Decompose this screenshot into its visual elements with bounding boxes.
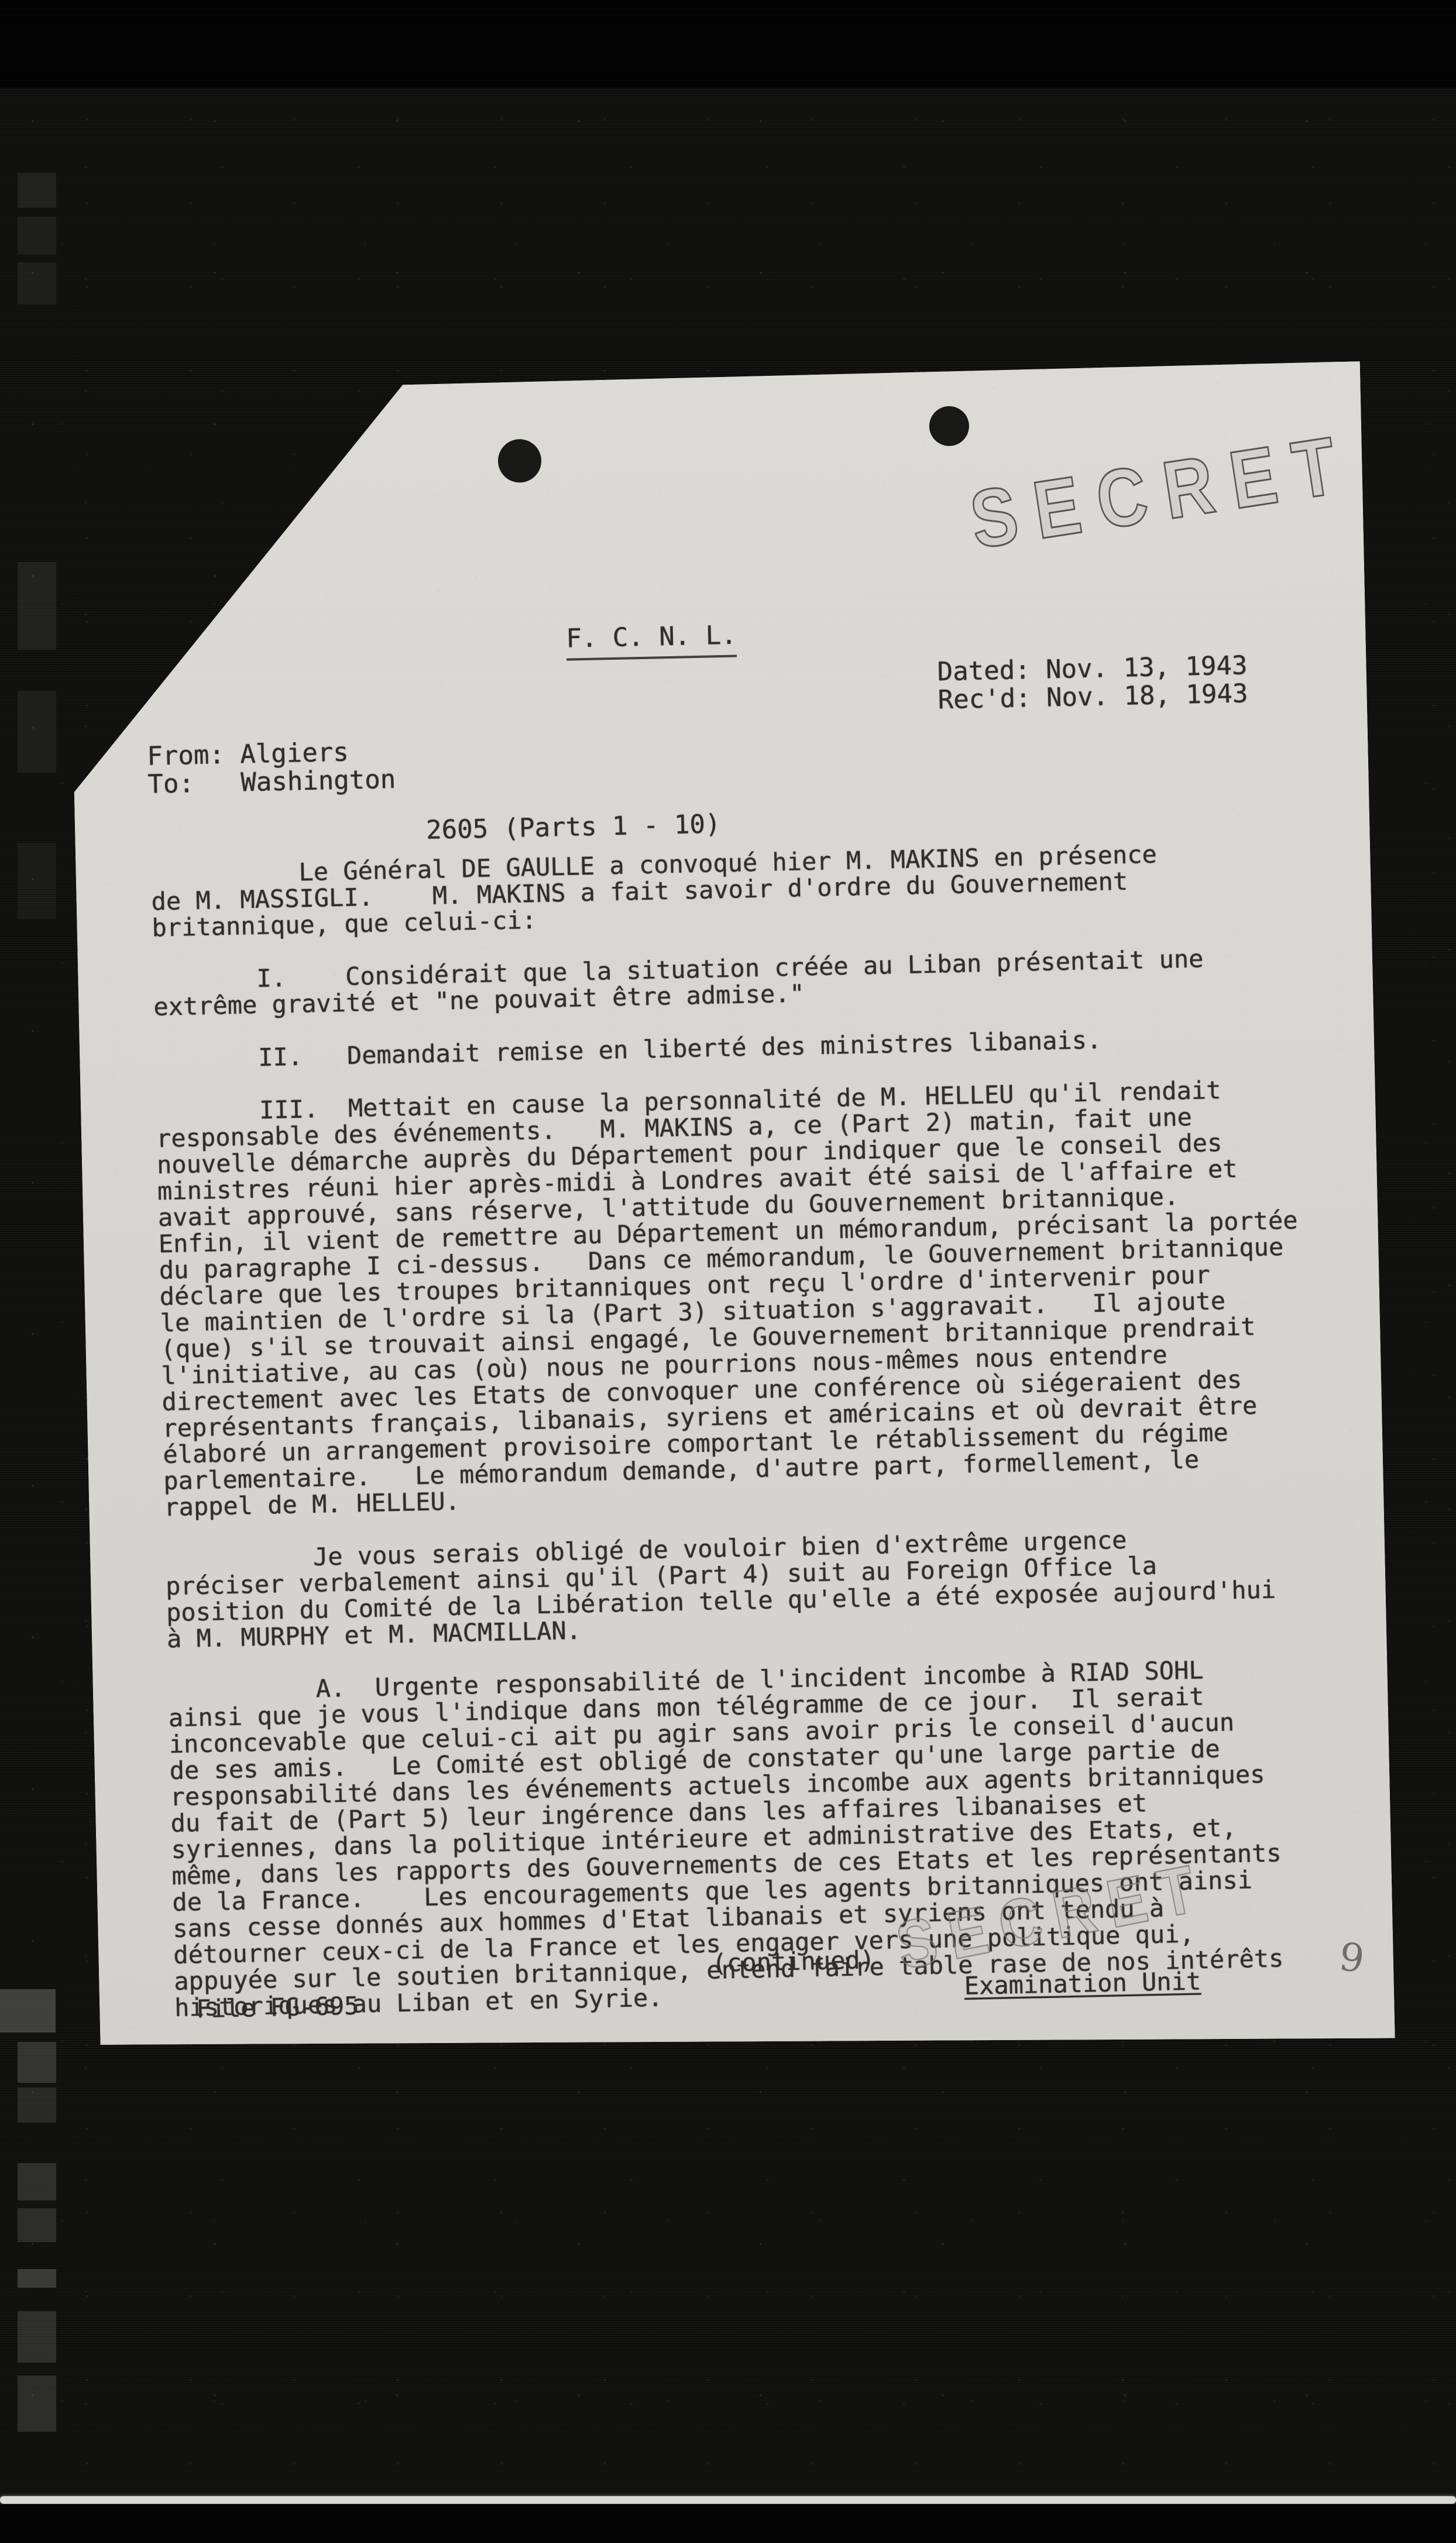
examination-unit-label: Examination Unit	[964, 1966, 1201, 2000]
film-sprocket	[18, 2088, 56, 2123]
film-sprocket	[18, 173, 56, 208]
secret-stamp-top: SECRET	[964, 416, 1359, 567]
received-line: Rec'd: Nov. 18, 1943	[938, 678, 1248, 715]
punch-hole-left	[497, 438, 542, 483]
film-sprocket	[18, 262, 56, 304]
film-sprocket	[18, 2376, 56, 2432]
film-sprocket	[0, 1989, 56, 2033]
film-bottom-band	[0, 2504, 1456, 2543]
microfilm-scan: SECRET F. C. N. L. Dated: Nov. 13, 1943 …	[0, 0, 1456, 2543]
handwritten-margin-mark: 9	[1337, 1934, 1367, 1982]
film-sprocket	[18, 2311, 56, 2363]
film-sprocket	[18, 2208, 56, 2242]
film-frame-edge	[0, 2496, 1456, 2504]
telegram-body-text: Le Général DE GAULLE a convoqué hier M. …	[150, 838, 1314, 2021]
continued-note: (continued)	[712, 1945, 875, 1977]
film-sprocket	[18, 2042, 56, 2083]
film-sprocket	[18, 843, 56, 919]
document-page: SECRET F. C. N. L. Dated: Nov. 13, 1943 …	[66, 361, 1395, 2065]
telegram-reference: 2605 (Parts 1 - 10)	[426, 809, 721, 845]
film-sprocket	[18, 217, 56, 255]
film-top-band	[0, 0, 1456, 88]
film-sprocket	[18, 691, 56, 773]
to-line: To: Washington	[147, 765, 396, 800]
film-sprocket	[18, 562, 56, 650]
film-sprocket	[18, 2269, 56, 2288]
punch-hole-right	[929, 406, 969, 446]
org-heading: F. C. N. L.	[566, 621, 737, 661]
file-reference: File FG-695	[196, 1992, 359, 2024]
film-sprocket	[18, 2163, 56, 2201]
